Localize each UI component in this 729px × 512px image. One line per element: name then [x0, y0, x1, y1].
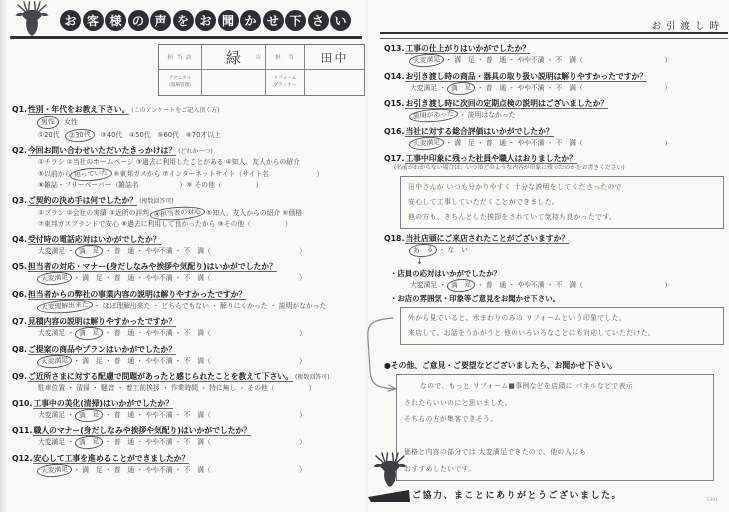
question-title: Q14.お引き渡し時の商品・器具の取り扱い説明は解りやすかったですか？: [384, 72, 728, 82]
question-note: (複数回答可): [293, 374, 330, 381]
question-number: Q4.: [12, 235, 27, 244]
title-character: 下: [285, 10, 306, 31]
handover-section-header: お引渡し時: [651, 18, 724, 32]
selected-option: 満 足: [75, 435, 104, 449]
answer-options: 説明があった ・ 説明はなかった: [384, 109, 728, 122]
selected-option: 大変満足: [409, 135, 445, 150]
store-suffix: 店: [256, 54, 262, 61]
selected-option: 満 足: [75, 244, 104, 258]
option-text: ・ 満 足 ・ 普 通 ・ やや不満 ・ 不 満（ ）: [443, 56, 671, 64]
handwritten-line: おすすめしたいです。: [404, 461, 706, 478]
option-line: 説明があった ・ 説明はなかった: [410, 109, 728, 122]
staff-person-cell: 田中: [305, 45, 364, 70]
title-character: お: [195, 10, 216, 31]
option-line: 大変満足 ・ 満 足 ・ 普 通 ・ やや不満 ・ 不 満（ ）: [38, 409, 366, 422]
question-title: Q11.職人のマナー(身だしなみや挨拶や気配り)はいかがでしたか？: [12, 426, 366, 436]
option-text: 大変満足 ・: [38, 438, 76, 446]
title-character: を: [173, 10, 194, 31]
option-text: ⑧雑誌・フリーペーパー（雑誌名 ）⑨ その他（ ）: [38, 181, 262, 189]
planner-line2: プランナー: [274, 83, 297, 89]
question-number: Q15.: [384, 99, 404, 108]
title-character: せ: [263, 10, 284, 31]
selected-option: 満 足: [75, 408, 104, 422]
question-number: Q11.: [12, 426, 32, 435]
question-Q3: Q3.ご契約の決め手は何でしたか？ (複数回答可)①プラン ②会社の実績 ③近所…: [12, 196, 366, 230]
staff-empty-cell: [305, 70, 364, 95]
handwritten-line: 安心して工事していただくことができました。: [408, 195, 716, 210]
question-number: Q12.: [12, 454, 32, 463]
option-line: 大変満足 ・ 満 足 ・ 普 通 ・ やや不満 ・ 不 満（ ）: [38, 327, 366, 340]
question-number: Q5.: [12, 262, 27, 271]
question-note: (複数回答可): [137, 198, 174, 205]
question-Q5: Q5.担当者の対応・マナー(身だしなみや挨拶や気配り)はいかがでしたか？大変満足…: [12, 262, 366, 285]
option-text: 大変満足 ・: [410, 84, 448, 92]
option-line: 大変満足 ・ 満 足 ・ 普 通 ・ やや不満 ・ 不 満（ ）: [38, 272, 366, 285]
questions-right: Q13.工事の仕上がりはいかがでしたか？大変満足 ・ 満 足 ・ 普 通 ・ や…: [384, 44, 728, 486]
handwritten-line: 他の方も、きちんとした挨拶をされていて気持ち良かったです。: [408, 210, 716, 225]
question-Q2: Q2.今回お問い合わせいただいたきっかけは？ (どれか一つ)①チラシ ②当社のホ…: [12, 146, 366, 191]
sub-question-label: ・店員の応対はいかがでしたか？: [384, 268, 728, 279]
staff-person-label: 担 当: [266, 45, 305, 70]
staff-empty-cell: [202, 70, 266, 95]
page-seam: [366, 0, 369, 512]
question-number: Q17.: [384, 154, 404, 163]
question-title: Q6.担当者からの弊社の事業内容の説明は解りやすかったですか？: [12, 290, 366, 300]
question-text: ご近所さまに対する配慮で問題があったと感じられたことを教えて下さい。: [28, 372, 293, 382]
question-text: 当社店頭にご来店されたことがございますか？: [405, 234, 569, 244]
option-line: ⑦東邦ガスブランドで安心 ⑧過去に利用して良かったから ⑨その他（ ）: [38, 219, 366, 230]
question-Q1: Q1.性別・年代をお教え下さい。 (このアンケートをご記入頂く方)男性 女性①2…: [12, 105, 366, 141]
question-title: Q3.ご契約の決め手は何でしたか？ (複数回答可): [12, 196, 366, 207]
option-text: 大変満足 ・: [38, 247, 76, 255]
answer-options: 大変満足 ・ 満 足 ・ 普 通 ・ やや不満 ・ 不 満（ ）: [12, 245, 366, 258]
title-character: か: [240, 10, 261, 31]
handwritten-line: なので、もっと リフォーム■事例などを店頭に パネルなどで表示: [404, 378, 706, 395]
option-text: 大変満足 ・: [38, 411, 76, 419]
question-Q4: Q4.受付時の電話応対はいかがでしたか？大変満足 ・ 満 足 ・ 普 通 ・ や…: [12, 235, 366, 258]
question-Q16: Q16.当社に対する総合評価はいかがでしたか？大変満足 ・ 満 足 ・ 普 通 …: [384, 127, 728, 150]
technical-line2: (現場管理): [169, 83, 191, 89]
option-text: ・ 満 足 ・ 普 通 ・ やや不満 ・ 不 満（ ）: [71, 466, 306, 474]
question-text: お引き渡し時に次回の定期点検の説明はございましたか？: [405, 99, 608, 109]
selected-option: 満 足: [447, 81, 476, 95]
selected-option: ②30代: [65, 127, 95, 142]
option-text: 駐車位置 ・ 清掃 ・ 騒音 ・ 着工前挨拶 ・ 作業時間 ・ 特に無し ・ そ…: [38, 384, 315, 392]
form-code: 1301: [707, 498, 718, 503]
option-text: ①20代: [38, 131, 66, 139]
handwritten-comment-box: 外から見ていると、水まわりのみの リフォームという印象でした。来店して、お話をう…: [400, 307, 724, 345]
selected-option: 大変満足: [37, 462, 73, 477]
handwritten-line: 田中さんが いつも分かりやすく 十分な説明をしてくださったので: [408, 180, 716, 195]
selected-option: あ る: [409, 243, 438, 257]
page-left: お客様の声をお聞かせ下さい 担 当 店 緑 店 担 当 田中 テクニカル (現場…: [10, 0, 366, 512]
option-text: ・ 普 通 ・ やや不満 ・ 不 満（ ）: [475, 84, 671, 92]
question-number: Q16.: [384, 127, 404, 136]
option-text: ・ 満 足 ・ 普 通 ・ やや不満 ・ 不 満（ ）: [71, 357, 306, 365]
question-number: Q10.: [12, 399, 32, 408]
question-title: Q2.今回お問い合わせいただいたきっかけは？ (どれか一つ): [12, 146, 366, 157]
question-text: 工事中印象に残った社員や職人はおりましたか？: [405, 154, 577, 164]
question-text: ご契約の決め手は何でしたか？: [28, 196, 137, 206]
handover-header-rule: [380, 32, 728, 39]
answer-options: 大変理解出来た ・ ほぼ理解出来た ・ どちらでもない ・ 解りにくかった ・ …: [12, 300, 366, 313]
page-right: お引渡し時 Q13.工事の仕上がりはいかがでしたか？大変満足 ・ 満 足 ・ 普…: [380, 0, 728, 512]
scan-edge: [0, 0, 7, 512]
handwritten-store-name: 緑: [226, 47, 241, 68]
staff-planner-label: リフォーム プランナー: [266, 70, 305, 95]
selected-option: 大変満足: [37, 353, 73, 368]
option-line: 大変満足 ・ 満 足 ・ 普 通 ・ やや不満 ・ 不 満（ ）: [410, 279, 728, 292]
option-text: ・ 普 通 ・ やや不満 ・ 不 満（ ）: [103, 438, 306, 446]
question-Q10: Q10.工事中の美化(清掃)はいかがでしたか？大変満足 ・ 満 足 ・ 普 通 …: [12, 399, 366, 422]
title-character: 客: [83, 10, 104, 31]
question-number: Q13.: [384, 44, 404, 53]
option-text: ⑥東邦ガスから ⑦インターネットサイト（サイト名 ）: [111, 170, 323, 178]
question-title: Q7.見積内容の説明は解りやすかったですか？: [12, 317, 366, 327]
handwritten-line: そちらの方が集客できそう。: [404, 411, 706, 428]
answer-options: 大変満足 ・ 満 足 ・ 普 通 ・ やや不満 ・ 不 満（ ）: [384, 54, 728, 67]
question-title: Q4.受付時の電話応対はいかがでしたか？: [12, 235, 366, 245]
answer-options: 駐車位置 ・ 清掃 ・ 騒音 ・ 着工前挨拶 ・ 作業時間 ・ 特に無し ・ そ…: [12, 383, 366, 394]
option-text: ・ ほぼ理解出来た ・ どちらでもない ・ 解りにくかった ・ 説明がなかった: [92, 302, 327, 310]
answer-options: 大変満足 ・ 満 足 ・ 普 通 ・ やや不満 ・ 不 満（ ）: [12, 327, 366, 340]
question-number: Q7.: [12, 317, 27, 326]
question-title: Q13.工事の仕上がりはいかがでしたか？: [384, 44, 728, 54]
question-Q7: Q7.見積内容の説明は解りやすかったですか？大変満足 ・ 満 足 ・ 普 通 ・…: [12, 317, 366, 340]
title-character: お: [60, 10, 81, 31]
question-number: Q1.: [12, 105, 27, 114]
question-Q8: Q8.ご提案の商品やプランはいかがでしたか？大変満足 ・ 満 足 ・ 普 通 ・…: [12, 345, 366, 368]
question-title: Q10.工事中の美化(清掃)はいかがでしたか？: [12, 399, 366, 409]
option-text: ③40代 ④50代 ⑤60代 ⑥70才以上: [94, 131, 221, 139]
question-title: Q5.担当者の対応・マナー(身だしなみや挨拶や気配り)はいかがでしたか？: [12, 262, 366, 272]
option-text: ・ 普 通 ・ やや不満 ・ 不 満（ ）: [103, 329, 306, 337]
selected-option: 満 足: [75, 326, 104, 340]
question-text: 今回お問い合わせいただいたきっかけは？: [28, 146, 176, 156]
option-text: ・ 満 足 ・ 普 通 ・ やや不満 ・ 不 満（ ）: [443, 139, 671, 147]
option-line: 大変満足 ・ 満 足 ・ 普 通 ・ やや不満 ・ 不 満（ ）: [38, 245, 366, 258]
answer-options: 大変満足 ・ 満 足 ・ 普 通 ・ やや不満 ・ 不 満（ ）: [12, 409, 366, 422]
staff-store-label: 担 当 店: [159, 45, 202, 70]
title-character: い: [330, 10, 351, 31]
sub-question-label: ・お店の雰囲気・印象等ご意見をお聞かせ下さい。: [384, 293, 728, 304]
answer-options: 大変満足 ・ 満 足 ・ 普 通 ・ やや不満 ・ 不 満（ ）: [384, 137, 728, 150]
question-number: Q2.: [12, 146, 27, 155]
answer-options: 大変満足 ・ 満 足 ・ 普 通 ・ やや不満 ・ 不 満（ ）: [384, 279, 728, 292]
question-text: 性別・年代をお教え下さい。: [28, 105, 129, 115]
title-character: 声: [150, 10, 171, 31]
question-title: Q18.当社店頭にご来店されたことがございますか？: [384, 234, 728, 244]
staff-technical-label: テクニカル (現場管理): [159, 70, 202, 95]
option-text: ⑤知人、友人からの紹介 ⑥価格: [204, 209, 302, 217]
option-text: ・ な い: [436, 246, 468, 254]
answer-options: 男性 女性①20代 ②30代 ③40代 ④50代 ⑤60代 ⑥70才以上: [12, 116, 366, 141]
selected-option: 満 足: [447, 278, 476, 292]
question-note: (どれか一つ): [176, 148, 213, 155]
option-line: ①プラン ②会社の実績 ③近所の評判 ④担当者の対応 ⑤知人、友人からの紹介 ⑥…: [38, 207, 366, 220]
option-line: ①チラシ ②当社のホームページ ③過去に利用したことがある ④知人、友人からの紹…: [38, 157, 366, 168]
question-title: Q1.性別・年代をお教え下さい。 (このアンケートをご記入頂く方): [12, 105, 366, 116]
question-title: Q8.ご提案の商品やプランはいかがでしたか？: [12, 345, 366, 355]
option-line: 大変満足 ・ 満 足 ・ 普 通 ・ やや不満 ・ 不 満（ ）: [38, 436, 366, 449]
answer-options: 大変満足 ・ 満 足 ・ 普 通 ・ やや不満 ・ 不 満（ ）: [12, 464, 366, 477]
option-line: ①20代 ②30代 ③40代 ④50代 ⑤60代 ⑥70才以上: [38, 129, 366, 142]
answer-options: ①プラン ②会社の実績 ③近所の評判 ④担当者の対応 ⑤知人、友人からの紹介 ⑥…: [12, 207, 366, 230]
option-text: ・ 満 足 ・ 普 通 ・ やや不満 ・ 不 満（ ）: [71, 274, 306, 282]
option-line: 大変満足 ・ 満 足 ・ 普 通 ・ やや不満 ・ 不 満（ ）: [410, 54, 728, 67]
selected-option: 説明があった: [409, 107, 458, 123]
question-note: (このアンケートをご記入頂く方): [129, 107, 219, 114]
handwritten-person-name: 田中: [320, 49, 348, 66]
question-text: ●その他、ご意見・ご要望などございましたら、お聞かせ下さい。: [384, 361, 617, 370]
option-text: 女性: [58, 118, 78, 126]
selected-option: 大変満足: [409, 53, 445, 68]
option-line: 大変満足 ・ 満 足 ・ 普 通 ・ やや不満 ・ 不 満（ ）: [410, 137, 728, 150]
option-line: ⑤以前から知っていた ⑥東邦ガスから ⑦インターネットサイト（サイト名 ）: [38, 168, 366, 181]
option-text: ・ 説明はなかった: [457, 111, 516, 119]
handwritten-line: 来店して、お話をうかがうと 他のいろいろなことにも対応していただけた。: [408, 326, 716, 341]
question-text: 工事中の美化(清掃)はいかがでしたか？: [33, 399, 173, 409]
question-Q9: Q9.ご近所さまに対する配慮で問題があったと感じられたことを教えて下さい。 (複…: [12, 372, 366, 394]
question-text: 受付時の電話応対はいかがでしたか？: [28, 235, 161, 245]
answer-options: 大変満足 ・ 満 足 ・ 普 通 ・ やや不満 ・ 不 満（ ）: [12, 355, 366, 368]
question-Q11: Q11.職人のマナー(身だしなみや挨拶や気配り)はいかがでしたか？大変満足 ・ …: [12, 426, 366, 449]
down-arrow: ↓: [384, 257, 728, 266]
deer-logo-icon: [12, 0, 52, 38]
selected-option: 大変満足: [37, 271, 73, 286]
question-Q12: Q12.安心して工事を進めることができましたか？大変満足 ・ 満 足 ・ 普 通…: [12, 454, 366, 477]
option-text: ・ 普 通 ・ やや不満 ・ 不 満（ ）: [103, 411, 306, 419]
option-line: 大変理解出来た ・ ほぼ理解出来た ・ どちらでもない ・ 解りにくかった ・ …: [38, 300, 366, 313]
question-text: ご提案の商品やプランはいかがでしたか？: [28, 345, 176, 355]
handwritten-line: 価格と内容の部分では 大変満足できたので、他の人にも: [404, 444, 706, 461]
question-title: Q12.安心して工事を進めることができましたか？: [12, 454, 366, 464]
question-number: Q18.: [384, 234, 404, 243]
header-rule: [10, 36, 362, 39]
option-text: ①プラン ②会社の実績 ③近所の評判: [38, 209, 151, 217]
scanned-survey-document: お客様の声をお聞かせ下さい 担 当 店 緑 店 担 当 田中 テクニカル (現場…: [0, 0, 729, 512]
question-number: Q9.: [12, 372, 27, 381]
option-text: 大変満足 ・: [38, 329, 76, 337]
handwritten-line: 外から見ていると、水まわりのみの リフォームという印象でした。: [408, 311, 716, 326]
answer-options: 大変満足 ・ 満 足 ・ 普 通 ・ やや不満 ・ 不 満（ ）: [12, 436, 366, 449]
option-line: あ る ・ な い: [410, 244, 728, 257]
question-title: Q16.当社に対する総合評価はいかがでしたか？: [384, 127, 728, 137]
question-text: 工事の仕上がりはいかがでしたか？: [405, 44, 530, 54]
question-title: Q17.工事中印象に残った社員や職人はおりましたか？: [384, 154, 728, 164]
handwritten-line: [404, 428, 706, 445]
question-other: ●その他、ご意見・ご要望などございましたら、お聞かせ下さい。なので、もっと リフ…: [384, 361, 728, 481]
option-text: 大変満足 ・: [410, 281, 448, 289]
answer-options: ①チラシ ②当社のホームページ ③過去に利用したことがある ④知人、友人からの紹…: [12, 157, 366, 191]
option-line: 大変満足 ・ 満 足 ・ 普 通 ・ やや不満 ・ 不 満（ ）: [38, 355, 366, 368]
question-text: 見積内容の説明は解りやすかったですか？: [28, 317, 176, 327]
title-character: 様: [105, 10, 126, 31]
option-text: ⑦東邦ガスブランドで安心 ⑧過去に利用して良かったから ⑨その他（ ）: [38, 220, 292, 228]
answer-options: あ る ・ な い: [384, 244, 728, 257]
header-title: お客様の声をお聞かせ下さい: [60, 10, 351, 31]
answer-options: 大変満足 ・ 満 足 ・ 普 通 ・ やや不満 ・ 不 満（ ）: [384, 82, 728, 95]
question-Q6: Q6.担当者からの弊社の事業内容の説明は解りやすかったですか？大変理解出来た ・…: [12, 290, 366, 313]
option-line: 大変満足 ・ 満 足 ・ 普 通 ・ やや不満 ・ 不 満（ ）: [410, 82, 728, 95]
question-number: Q8.: [12, 345, 27, 354]
question-title: Q9.ご近所さまに対する配慮で問題があったと感じられたことを教えて下さい。 (複…: [12, 372, 366, 383]
handwritten-connector-arrow: [358, 310, 402, 396]
handwritten-comment-box: 田中さんが いつも分かりやすく 十分な説明をしてくださったので安心して工事してい…: [400, 176, 724, 229]
deer-logo-icon: [368, 450, 412, 504]
handwritten-line: されたらいいのにと思いました。: [404, 395, 706, 412]
staff-table: 担 当 店 緑 店 担 当 田中 テクニカル (現場管理) リフォーム プランナ…: [158, 44, 365, 96]
question-text: 安心して工事を進めることができましたか？: [33, 454, 189, 464]
option-line: 駐車位置 ・ 清掃 ・ 騒音 ・ 着工前挨拶 ・ 作業時間 ・ 特に無し ・ そ…: [38, 383, 366, 394]
question-number: Q3.: [12, 196, 27, 205]
title-character: 聞: [218, 10, 239, 31]
question-text: 担当者からの弊社の事業内容の説明は解りやすかったですか？: [28, 290, 246, 300]
title-character: さ: [308, 10, 329, 31]
question-text: 担当者の対応・マナー(身だしなみや挨拶や気配り)はいかがでしたか？: [28, 262, 277, 272]
option-text: ⑤以前から: [38, 170, 71, 178]
questions-left: Q1.性別・年代をお教え下さい。 (このアンケートをご記入頂く方)男性 女性①2…: [12, 105, 366, 481]
question-instruction: (名前がわからない場合は、いつ頃どのような内容が印象に残ったのかをお書きください…: [384, 164, 728, 173]
title-character: の: [128, 10, 149, 31]
question-title: Q15.お引き渡し時に次回の定期点検の説明はございましたか？: [384, 99, 728, 109]
staff-store-cell: 緑 店: [202, 45, 266, 70]
option-text: ・ 普 通 ・ やや不満 ・ 不 満（ ）: [103, 247, 306, 255]
question-Q18: Q18.当社店頭にご来店されたことがございますか？あ る ・ な い↓・店員の応…: [384, 234, 728, 345]
thanks-message: ご協力、まことにありがとうございました。: [412, 488, 622, 501]
question-number: Q6.: [12, 290, 27, 299]
option-line: 男性 女性: [38, 116, 366, 129]
answer-options: 大変満足 ・ 満 足 ・ 普 通 ・ やや不満 ・ 不 満（ ）: [12, 272, 366, 285]
question-Q14: Q14.お引き渡し時の商品・器具の取り扱い説明は解りやすかったですか？大変満足 …: [384, 72, 728, 95]
question-Q13: Q13.工事の仕上がりはいかがでしたか？大変満足 ・ 満 足 ・ 普 通 ・ や…: [384, 44, 728, 67]
option-text: ①チラシ ②当社のホームページ ③過去に利用したことがある ④知人、友人からの紹…: [38, 158, 300, 166]
option-line: ⑧雑誌・フリーペーパー（雑誌名 ）⑨ その他（ ）: [38, 180, 366, 191]
selected-option: 大変理解出来た: [37, 298, 93, 314]
question-title: ●その他、ご意見・ご要望などございましたら、お聞かせ下さい。: [384, 361, 728, 371]
selected-option: 男性: [37, 115, 59, 129]
handwritten-comment-box: なので、もっと リフォーム■事例などを店頭に パネルなどで表示されたらいいのにと…: [396, 374, 714, 481]
question-number: Q14.: [384, 72, 404, 81]
question-text: お引き渡し時の商品・器具の取り扱い説明は解りやすかったですか？: [405, 72, 647, 82]
question-Q17: Q17.工事中印象に残った社員や職人はおりましたか？(名前がわからない場合は、い…: [384, 154, 728, 229]
option-line: 大変満足 ・ 満 足 ・ 普 通 ・ やや不満 ・ 不 満（ ）: [38, 464, 366, 477]
question-Q15: Q15.お引き渡し時に次回の定期点検の説明はございましたか？説明があった ・ 説…: [384, 99, 728, 122]
option-text: ・ 普 通 ・ やや不満 ・ 不 満（ ）: [475, 281, 671, 289]
question-text: 職人のマナー(身だしなみや挨拶や気配り)はいかがでしたか？: [33, 426, 251, 436]
question-text: 当社に対する総合評価はいかがでしたか？: [405, 127, 553, 137]
